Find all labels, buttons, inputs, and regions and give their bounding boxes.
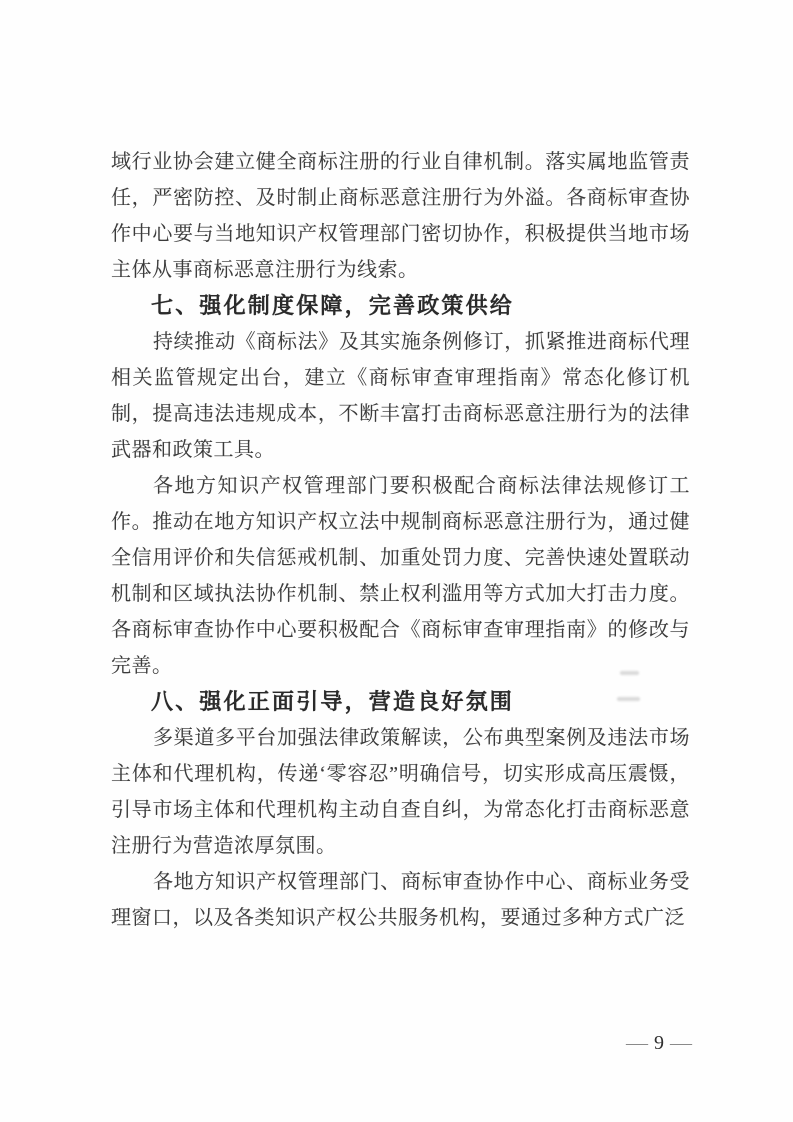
document-page: 域行业协会建立健全商标注册的行业自律机制。落实属地监管责任，严密防控、及时制止商… (0, 0, 793, 1122)
page-footer: — 9 — (627, 1031, 691, 1055)
section-heading-seven: 七、强化制度保障，完善政策供给 (111, 288, 690, 324)
scan-artifact (620, 671, 639, 675)
paragraph: 各地方知识产权管理部门、商标审查协作中心、商标业务受理窗口，以及各类知识产权公共… (111, 864, 690, 936)
paragraph-continued: 域行业协会建立健全商标注册的行业自律机制。落实属地监管责任，严密防控、及时制止商… (111, 144, 690, 288)
page-number-dash-right: — (670, 1032, 692, 1055)
page-number-dash-left: — (626, 1032, 648, 1055)
paragraph: 持续推动《商标法》及其实施条例修订，抓紧推进商标代理相关监管规定出台，建立《商标… (111, 324, 690, 468)
section-heading-eight: 八、强化正面引导，营造良好氛围 (111, 684, 690, 720)
paragraph: 各地方知识产权管理部门要积极配合商标法律法规修订工作。推动在地方知识产权立法中规… (111, 468, 690, 684)
paragraph: 多渠道多平台加强法律政策解读，公布典型案例及违法市场主体和代理机构，传递‘零容忍… (111, 720, 690, 864)
page-number: 9 (654, 1032, 664, 1055)
scan-artifact (617, 697, 640, 701)
document-body: 域行业协会建立健全商标注册的行业自律机制。落实属地监管责任，严密防控、及时制止商… (111, 144, 690, 936)
